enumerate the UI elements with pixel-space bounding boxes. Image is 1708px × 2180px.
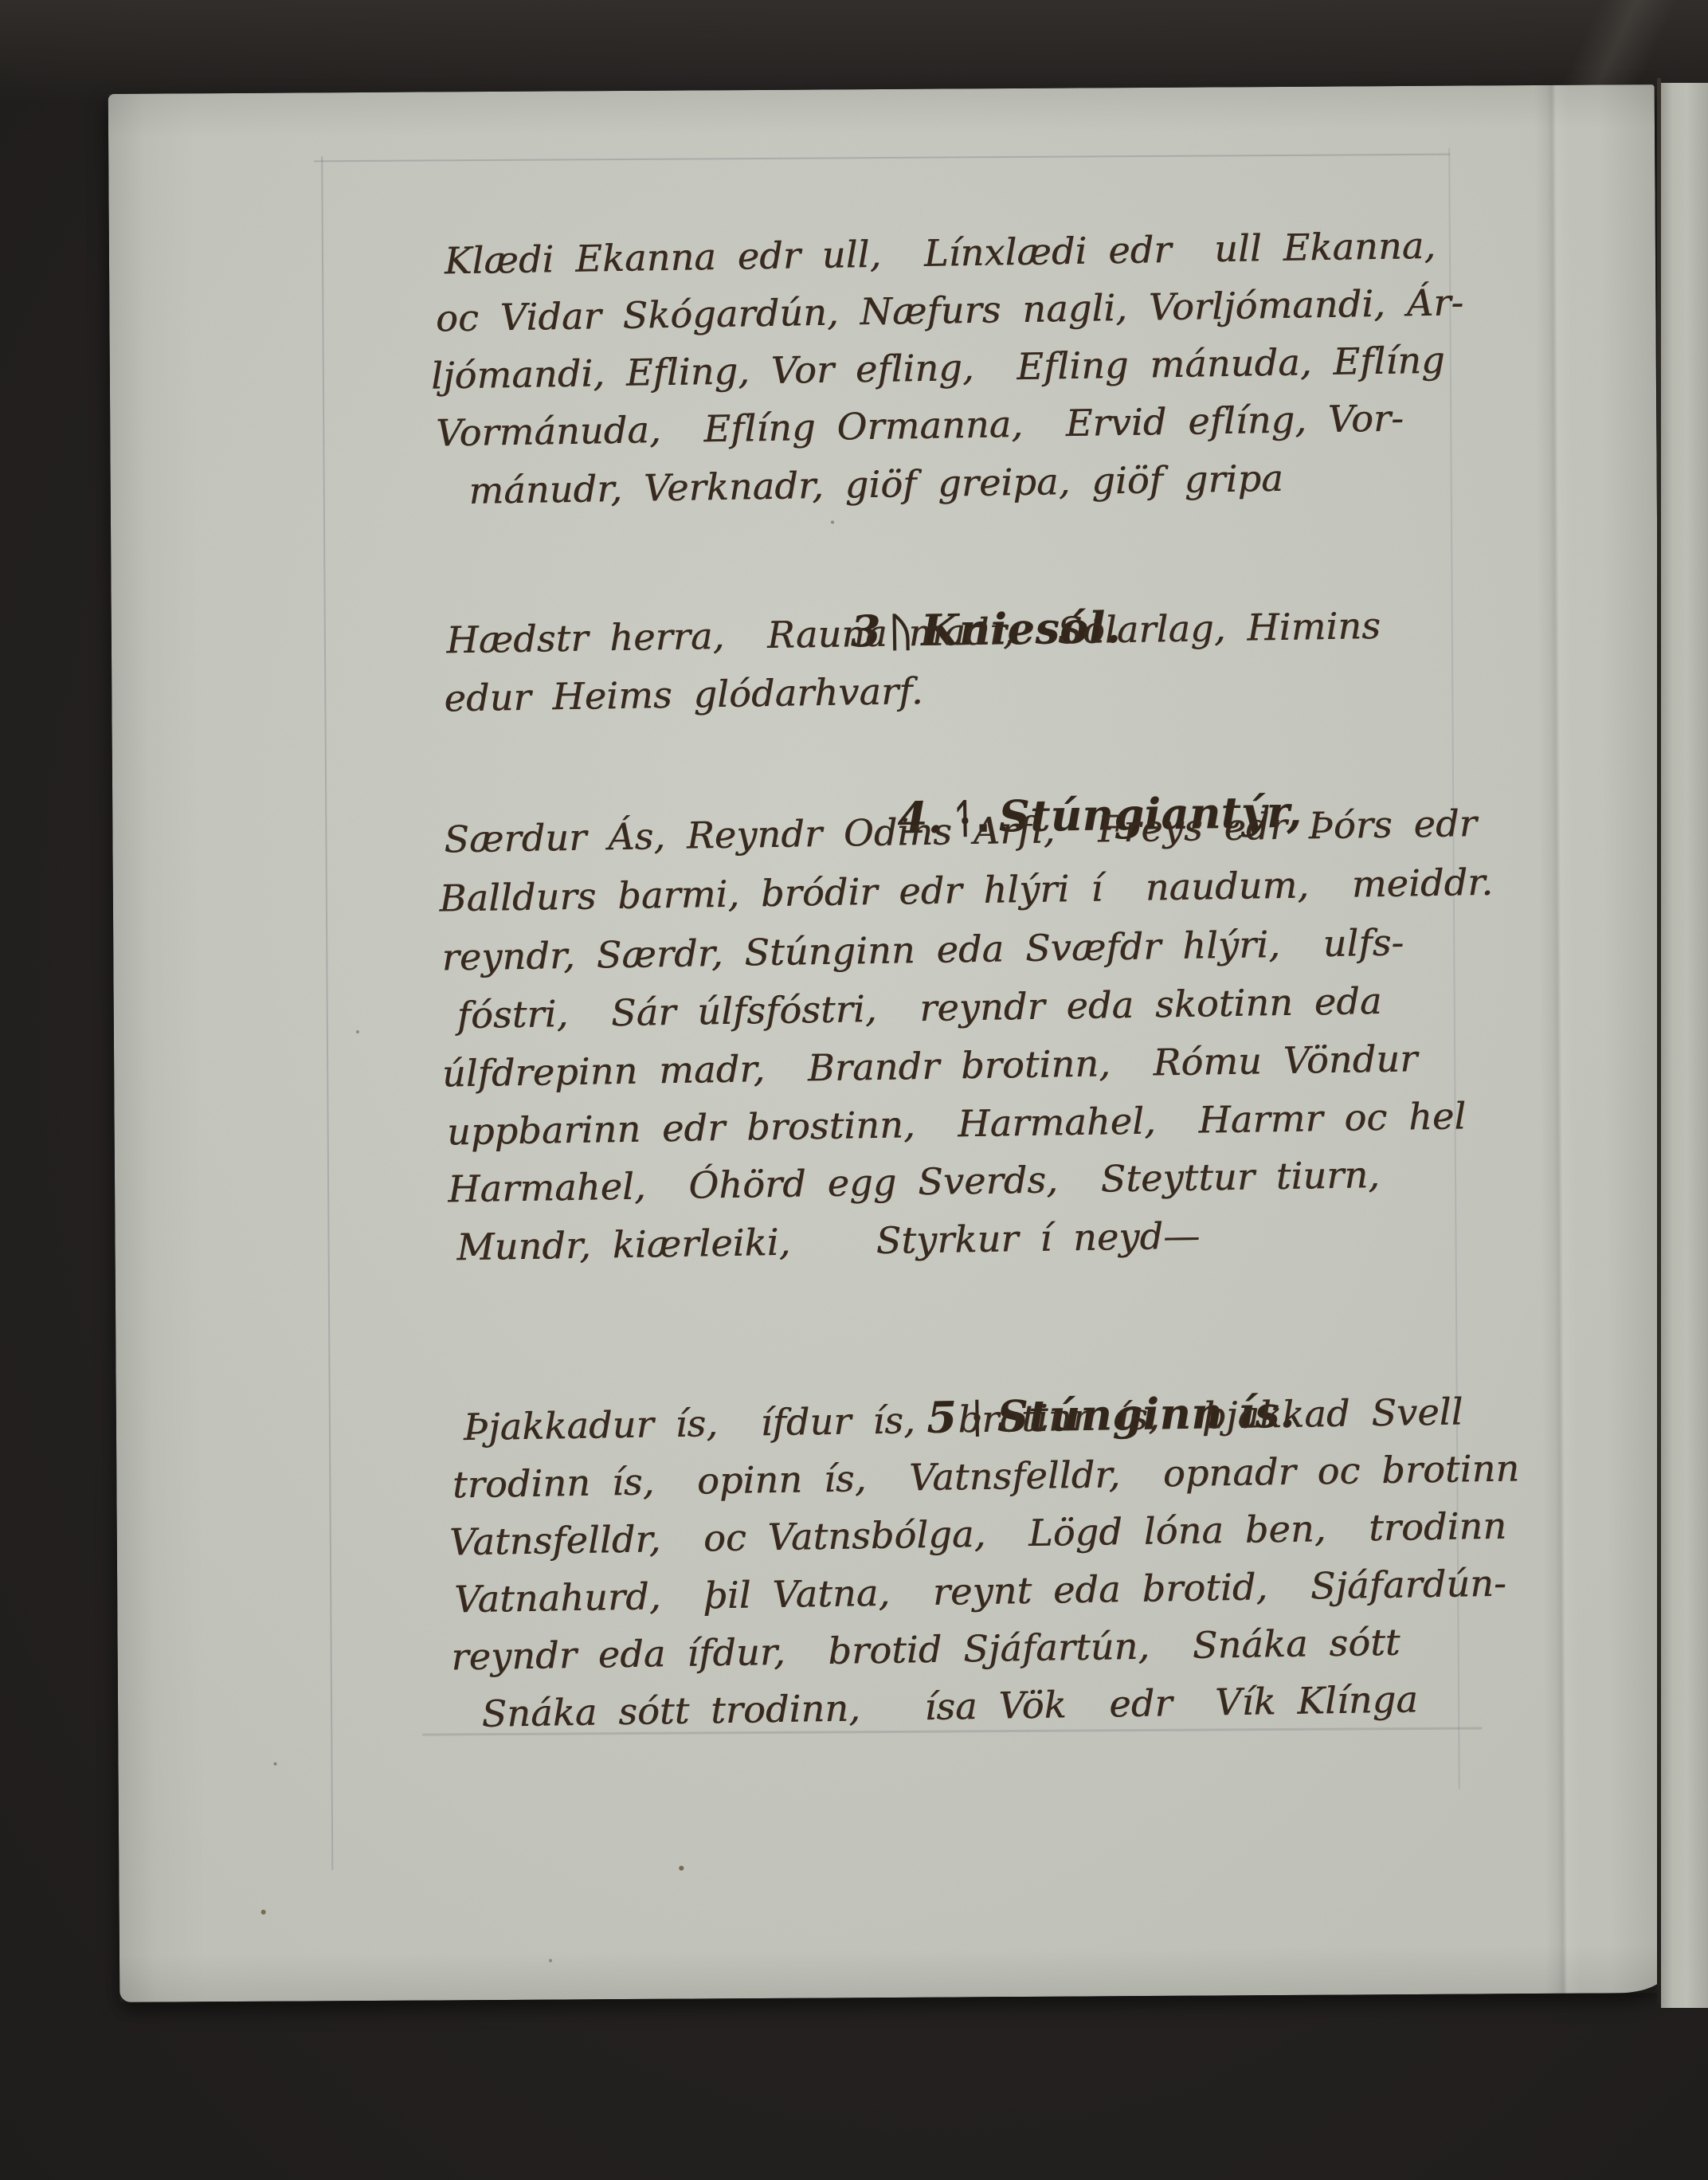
- adjacent-page-edge: [1661, 83, 1708, 2008]
- manuscript-line: úlfdrepinn madr, Brandr brotinn, Rómu Vö…: [441, 1036, 1417, 1097]
- manuscript-line: trodinn ís, opinn ís, Vatnsfelldr, opnad…: [452, 1445, 1520, 1508]
- ink-specks: [108, 94, 110, 96]
- manuscript-text-block: Klædi Ekanna edr ull, Línxlædi edr ull E…: [107, 73, 1683, 2006]
- manuscript-line: oc Vidar Skógardún, Næfurs nagli, Vorljó…: [436, 280, 1464, 342]
- manuscript-line: fóstri, Sár úlfsfóstri, reyndr eda skoti…: [456, 978, 1382, 1039]
- manuscript-line: reyndr eda ífdur, brotid Sjáfartún, Snák…: [451, 1620, 1400, 1680]
- manuscript-line: Hædstr herra, Rauna madr, Sólarlag, Himi…: [446, 603, 1381, 664]
- manuscript-line: uppbarinn edr brostinn, Harmahel, Harmr …: [447, 1093, 1467, 1155]
- manuscript-line: Harmahel, Óhörd egg Sverds, Steyttur tiu…: [448, 1152, 1381, 1213]
- manuscript-line: Balldurs barmi, bródir edr hlýri í naudu…: [439, 860, 1494, 922]
- manuscript-line: Vatnsfelldr, oc Vatnsbólga, Lögd lóna be…: [449, 1504, 1507, 1566]
- manuscript-line: Særdur Ás, Reyndr Odins Arfi, Freys edr …: [444, 801, 1477, 863]
- manuscript-line: Þjakkadur ís, ífdur ís, brotinn ís, þjak…: [463, 1389, 1463, 1450]
- manuscript-line: mánudr, Verknadr, giöf greipa, giöf grip…: [468, 456, 1283, 515]
- manuscript-line: reyndr, Særdr, Stúnginn eda Svæfdr hlýri…: [441, 920, 1404, 981]
- scan-backdrop: Klædi Ekanna edr ull, Línxlædi edr ull E…: [0, 0, 1708, 2180]
- manuscript-line: Snáka sótt trodinn, ísa Vök edr Vík Klín…: [481, 1676, 1418, 1737]
- manuscript-line: Mundr, kiærleiki, Styrkur í neyd—: [456, 1214, 1201, 1271]
- manuscript-page: Klædi Ekanna edr ull, Línxlædi edr ull E…: [108, 84, 1667, 2002]
- manuscript-line: edur Heims glódarhvarf.: [444, 669, 923, 722]
- manuscript-line: Vormánuda, Eflíng Ormanna, Ervid eflíng,…: [436, 395, 1404, 457]
- manuscript-line: Vatnahurd, þil Vatna, reynt eda brotid, …: [454, 1561, 1506, 1623]
- manuscript-line: ljómandi, Efling, Vor efling, Efling mán…: [431, 338, 1445, 399]
- paper-grain-texture: [1661, 83, 1708, 2008]
- manuscript-line: Klædi Ekanna edr ull, Línxlædi edr ull E…: [444, 223, 1436, 284]
